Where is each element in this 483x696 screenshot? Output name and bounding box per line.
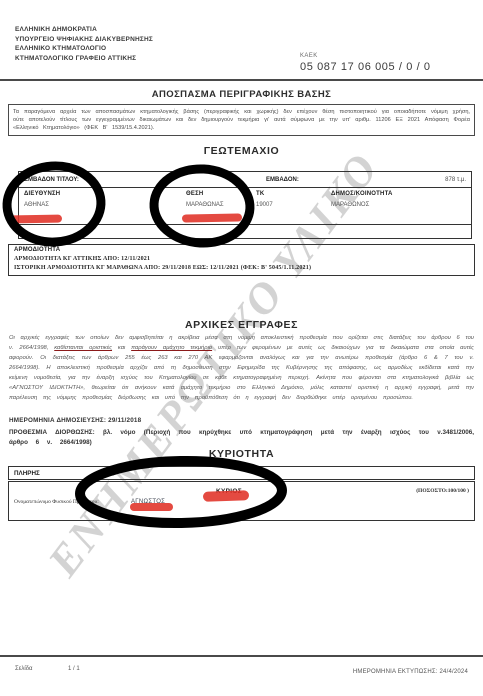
municipality-label: ΔΗΜΟΣ/ΚΟΙΝΟΤΗΤΑ	[331, 191, 393, 197]
ownership-percentage: (ΠΟΣΟΣΤΟ:100/100 )	[416, 488, 469, 494]
ownership-type-row: ΠΛΗΡΗΣ	[8, 466, 475, 480]
document-content: ΕΛΛΗΝΙΚΗ ΔΗΜΟΚΡΑΤΙΑ ΥΠΟΥΡΓΕΙΟ ΨΗΦΙΑΚΗΣ Δ…	[0, 0, 483, 696]
section-heading-ownership: ΚΥΡΙΟΤΗΤΑ	[0, 448, 483, 460]
position-value: ΜΑΡΑΘΩΝΑΣ	[186, 202, 224, 208]
jurisdiction-heading: ΑΡΜΟΔΙΟΤΗΤΑ	[14, 247, 469, 253]
org-line-republic: ΕΛΛΗΝΙΚΗ ΔΗΜΟΚΡΑΤΙΑ	[15, 25, 153, 35]
paragraph-underlined-1: καθίστανται οριστικές	[54, 345, 112, 351]
owner-role-value: ΚΥΡΙΟΣ	[216, 488, 242, 495]
postcode-cell: ΤΚ 19007	[256, 191, 273, 208]
footer-page-number: 1 / 1	[68, 666, 80, 672]
jurisdiction-box: ΑΡΜΟΔΙΟΤΗΤΑ ΑΡΜΟΔΙΟΤΗΤΑ ΚΓ ΑΤΤΙΚΗΣ ΑΠΟ: …	[8, 244, 475, 276]
correction-deadline-line: ΠΡΟΘΕΣΜΙΑ ΔΙΟΡΘΩΣΗΣ: βλ. νόμο (Περιοχή π…	[9, 428, 474, 448]
address-label: ΔΙΕΥΘΥΝΣΗ	[24, 191, 60, 197]
publication-date-line: ΗΜΕΡΟΜΗΝΙΑ ΔΗΜΟΣΙΕΥΣΗΣ: 29/11/2018	[9, 417, 141, 424]
owner-name-value: ΑΓΝΩΣΤΟΣ	[131, 499, 165, 505]
parcel-table: ΕΜΒΑΔΟΝ ΤΙΤΛΟΥ: ΕΜΒΑΔΟΝ: 878 τ.μ. ΔΙΕΥΘΥ…	[18, 171, 472, 239]
paragraph-part-mid: και	[112, 345, 131, 351]
footer-page-label: Σελίδα	[15, 666, 33, 672]
parcel-location-row: ΔΙΕΥΘΥΝΣΗ ΑΘΗΝΑΣ ΘΕΣΗ ΜΑΡΑΘΩΝΑΣ ΤΚ 19007…	[19, 188, 471, 225]
area-value: 878 τ.μ.	[445, 177, 466, 183]
cadastral-extract-page: ΕΝΗΜΕΡΩΤΙΚΟ ΥΛΙΚΟ ΕΛΛΗΝΙΚΗ ΔΗΜΟΚΡΑΤΙΑ ΥΠ…	[0, 0, 483, 696]
area-title-label: ΕΜΒΑΔΟΝ ΤΙΤΛΟΥ:	[24, 177, 79, 183]
parcel-area-row: ΕΜΒΑΔΟΝ ΤΙΤΛΟΥ: ΕΜΒΑΔΟΝ: 878 τ.μ.	[19, 172, 471, 188]
section-heading-parcel: ΓΕΩΤΕΜΑΧΙΟ	[0, 145, 483, 157]
ownership-type-label: ΠΛΗΡΗΣ	[14, 470, 40, 477]
jurisdiction-current-line: ΑΡΜΟΔΙΟΤΗΤΑ ΚΓ ΑΤΤΙΚΗΣ ΑΠΟ: 12/11/2021	[14, 256, 469, 262]
address-value: ΑΘΗΝΑΣ	[24, 202, 60, 208]
kaek-value: 05 087 17 06 005 / 0 / 0	[300, 61, 431, 73]
org-line-ministry: ΥΠΟΥΡΓΕΙΟ ΨΗΦΙΑΚΗΣ ΔΙΑΚΥΒΕΡΝΗΣΗΣ	[15, 35, 153, 45]
owner-name-label: Ονοματεπώνυμο Φυσικού Προσώπου:	[14, 499, 99, 505]
position-label: ΘΕΣΗ	[186, 191, 224, 197]
org-line-office: ΚΤΗΜΑΤΟΛΟΓΙΚΟ ΓΡΑΦΕΙΟ ΑΤΤΙΚΗΣ	[15, 54, 153, 64]
org-line-cadastre: ΕΛΛΗΝΙΚΟ ΚΤΗΜΑΤΟΛΟΓΙΟ	[15, 44, 153, 54]
ownership-detail-row: Ονοματεπώνυμο Φυσικού Προσώπου: ΑΓΝΩΣΤΟΣ…	[8, 481, 475, 521]
position-cell: ΘΕΣΗ ΜΑΡΑΘΩΝΑΣ	[186, 191, 224, 208]
paragraph-part-2: υπέρ των φερομένων με αυτές ως δικαιούχω…	[9, 345, 474, 401]
issuing-authority-block: ΕΛΛΗΝΙΚΗ ΔΗΜΟΚΡΑΤΙΑ ΥΠΟΥΡΓΕΙΟ ΨΗΦΙΑΚΗΣ Δ…	[15, 25, 153, 63]
postcode-value: 19007	[256, 202, 273, 208]
postcode-label: ΤΚ	[256, 191, 273, 197]
footer-divider	[0, 655, 483, 657]
initial-registrations-paragraph: Οι αρχικές εγγραφές των οποίων δεν αμφισ…	[9, 333, 474, 403]
address-cell: ΔΙΕΥΘΥΝΣΗ ΑΘΗΝΑΣ	[24, 191, 60, 208]
document-title: ΑΠΟΣΠΑΣΜΑ ΠΕΡΙΓΡΑΦΙΚΗΣ ΒΑΣΗΣ	[0, 89, 483, 100]
kaek-block: ΚΑΕΚ 05 087 17 06 005 / 0 / 0	[300, 53, 431, 73]
disclaimer-box: Τα παραγόμενα αρχεία των αποσπασμάτων κτ…	[8, 104, 475, 136]
jurisdiction-historic-line: ΙΣΤΟΡΙΚΗ ΑΡΜΟΔΙΟΤΗΤΑ ΚΓ ΜΑΡΑΘΩΝΑ ΑΠΟ: 29…	[14, 265, 469, 271]
section-heading-initial-registrations: ΑΡΧΙΚΕΣ ΕΓΓΡΑΦΕΣ	[0, 319, 483, 331]
parcel-empty-row	[19, 225, 471, 238]
paragraph-underlined-2: παράγουν αμάχητο τεκμήριο	[131, 345, 212, 351]
footer-print-date: ΗΜΕΡΟΜΗΝΙΑ ΕΚΤΥΠΩΣΗΣ: 24/4/2024	[353, 669, 468, 675]
header-divider	[0, 79, 483, 81]
kaek-label: ΚΑΕΚ	[300, 53, 431, 59]
municipality-cell: ΔΗΜΟΣ/ΚΟΙΝΟΤΗΤΑ ΜΑΡΑΘΩΝΟΣ	[331, 191, 393, 208]
municipality-value: ΜΑΡΑΘΩΝΟΣ	[331, 202, 393, 208]
area-label: ΕΜΒΑΔΟΝ:	[266, 177, 299, 183]
